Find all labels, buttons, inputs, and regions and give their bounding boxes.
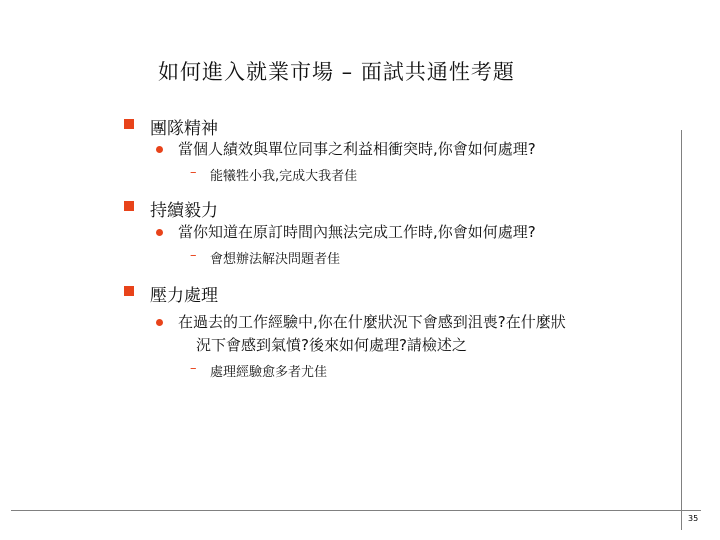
answer-text: 會想辦法解決問題者佳	[210, 248, 340, 267]
vertical-divider	[681, 130, 682, 530]
heading-text: 持續毅力	[150, 196, 218, 221]
answer-text: 能犧牲小我,完成大我者佳	[210, 165, 357, 184]
square-bullet-icon	[124, 286, 134, 296]
question-text-line1: 在過去的工作經驗中,你在什麼狀況下會感到沮喪?在什麼狀	[178, 311, 566, 333]
round-bullet-icon	[156, 146, 163, 153]
heading-text: 團隊精神	[150, 114, 218, 139]
slide-title: 如何進入就業市場 – 面試共通性考題	[158, 56, 515, 86]
dash-bullet-icon: –	[190, 361, 197, 376]
question-text-line2: 況下會感到氣憤?後來如何處理?請檢述之	[196, 334, 467, 356]
round-bullet-icon	[156, 229, 163, 236]
question-text: 當你知道在原訂時間內無法完成工作時,你會如何處理?	[178, 221, 536, 243]
round-bullet-icon	[156, 319, 163, 326]
dash-bullet-icon: –	[190, 248, 197, 263]
heading-text: 壓力處理	[150, 281, 218, 306]
square-bullet-icon	[124, 201, 134, 211]
horizontal-divider	[11, 510, 701, 511]
page-number: 35	[688, 514, 698, 523]
question-text: 當個人績效與單位同事之利益相衝突時,你會如何處理?	[178, 138, 536, 160]
dash-bullet-icon: –	[190, 165, 197, 180]
square-bullet-icon	[124, 119, 134, 129]
answer-text: 處理經驗愈多者尤佳	[210, 361, 327, 380]
